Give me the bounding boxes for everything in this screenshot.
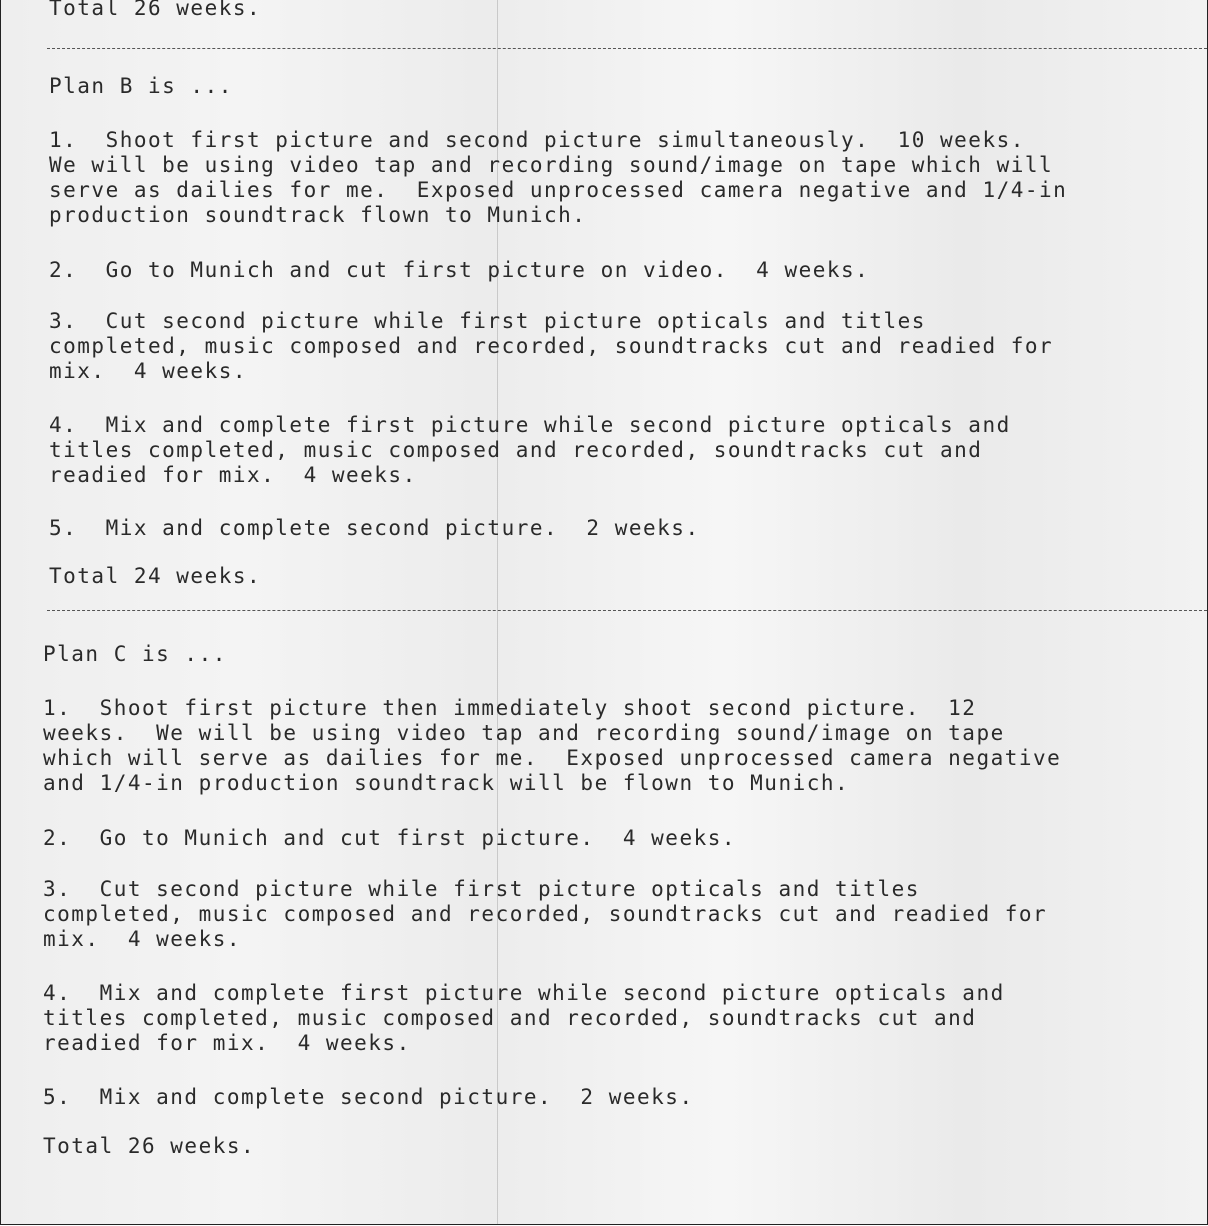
plan-step-line: 1. Shoot first picture then immediately …: [43, 696, 976, 720]
plan-step-line: 3. Cut second picture while first pictur…: [43, 877, 920, 901]
document-page: Total 26 weeks.Plan B is ...1. Shoot fir…: [0, 0, 1208, 1225]
plan-step-line: 3. Cut second picture while first pictur…: [49, 309, 926, 333]
plan-heading: Plan C is ...: [43, 642, 227, 666]
plan-step-line: completed, music composed and recorded, …: [49, 334, 1053, 358]
plan-step-line: serve as dailies for me. Exposed unproce…: [49, 178, 1067, 202]
plan-step-line: and 1/4-in production soundtrack will be…: [43, 771, 849, 795]
plan-step-line: mix. 4 weeks.: [49, 359, 247, 383]
plan-step-line: 4. Mix and complete first picture while …: [43, 981, 1005, 1005]
plan-step-line: 5. Mix and complete second picture. 2 we…: [43, 1085, 694, 1109]
plan-step-line: which will serve as dailies for me. Expo…: [43, 746, 1061, 770]
plan-step-line: 2. Go to Munich and cut first picture. 4…: [43, 826, 736, 850]
plan-step-line: readied for mix. 4 weeks.: [49, 463, 417, 487]
plan-step-line: titles completed, music composed and rec…: [43, 1006, 976, 1030]
plan-total: Total 24 weeks.: [49, 564, 261, 588]
dashed-separator: [47, 610, 1207, 611]
plan-step-line: 4. Mix and complete first picture while …: [49, 413, 1011, 437]
plan-step-line: 5. Mix and complete second picture. 2 we…: [49, 516, 700, 540]
plan-step-line: production soundtrack flown to Munich.: [49, 203, 586, 227]
plan-step-line: titles completed, music composed and rec…: [49, 438, 982, 462]
plan-step-line: weeks. We will be using video tap and re…: [43, 721, 1005, 745]
plan-step-line: completed, music composed and recorded, …: [43, 902, 1047, 926]
plan-step-line: readied for mix. 4 weeks.: [43, 1031, 411, 1055]
plan-total: Total 26 weeks.: [43, 1134, 255, 1158]
plan-step-line: 2. Go to Munich and cut first picture on…: [49, 258, 869, 282]
plan-step-line: mix. 4 weeks.: [43, 927, 241, 951]
plan-step-line: We will be using video tap and recording…: [49, 153, 1053, 177]
plan-step-line: 1. Shoot first picture and second pictur…: [49, 128, 1025, 152]
dashed-separator: [47, 48, 1207, 49]
plan-heading: Plan B is ...: [49, 74, 233, 98]
previous-plan-total: Total 26 weeks.: [49, 0, 261, 20]
